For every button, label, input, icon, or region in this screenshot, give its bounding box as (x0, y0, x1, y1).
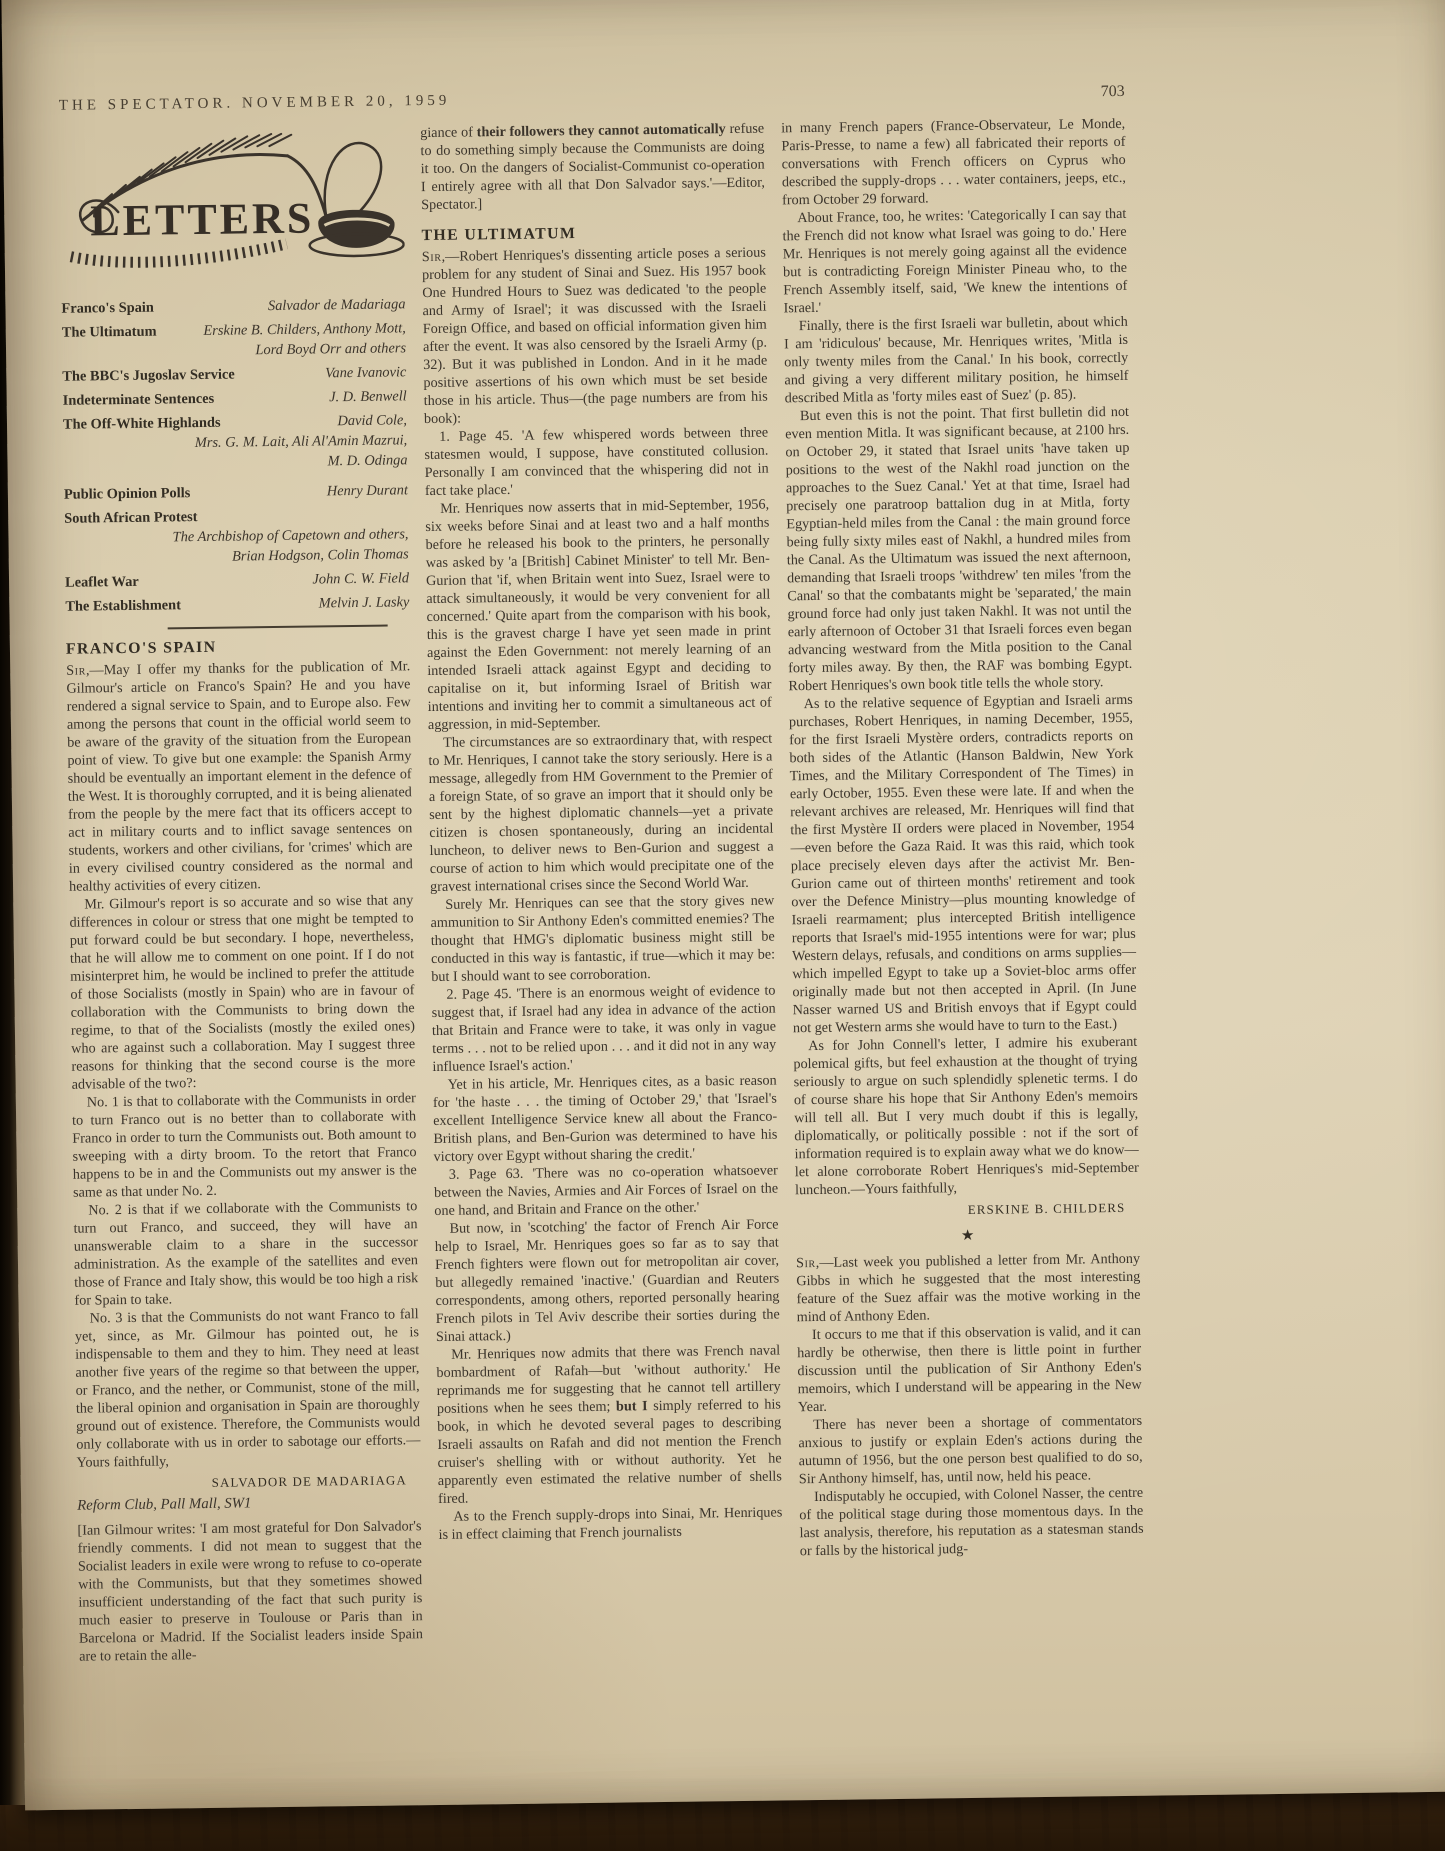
italic-text: The Times (1048, 764, 1112, 781)
italic-text: Nakhl (979, 603, 1014, 619)
bold-text: their followers they cannot automaticall… (477, 121, 726, 140)
photo-of-magazine-page: { "header":{"masthead":"THE SPECTATOR. N… (0, 0, 1445, 1851)
letter-paragraph: Finally, there is the first Israeli war … (784, 313, 1129, 407)
letter-paragraph: The circumstances are so extraordinary t… (428, 730, 774, 896)
letters-column-3: in many French papers (France-Observateu… (781, 115, 1145, 1656)
index-entry: Franco's SpainSalvador de Madariaga (61, 294, 405, 319)
smallcaps-text: Sir (66, 663, 86, 679)
letter-paragraph: No. 2 is that if we collaborate with the… (73, 1197, 418, 1309)
italic-text: French (911, 154, 951, 171)
index-entry-author: Brian Hodgson, Colin Thomas (65, 544, 409, 569)
letter-paragraph: 2. Page 45. 'There is an enormous weight… (431, 982, 776, 1076)
letter-paragraph: There has never been a shortage of comme… (798, 1412, 1143, 1488)
italic-text: inviting (513, 697, 557, 714)
index-entry-title: Franco's Spain (61, 298, 154, 319)
inkwell-icon (318, 209, 395, 248)
italic-text: plus (1112, 926, 1136, 942)
letters-column-2: giance of their followers they cannot au… (420, 120, 784, 1661)
page-content: THE SPECTATOR. NOVEMBER 20, 1959 703 (59, 83, 1145, 1666)
letter-paragraph: Mr. Gilmour's report is so accurate and … (69, 891, 416, 1093)
index-entry: South African ProtestThe Archbishop of C… (64, 504, 409, 568)
page-number: 703 (1101, 83, 1125, 101)
smallcaps-text: Sir (796, 1255, 816, 1271)
page-header: THE SPECTATOR. NOVEMBER 20, 1959 703 (59, 83, 1125, 115)
index-entry-title: Indeterminate Sentences (63, 389, 215, 411)
letters-column-1: LETTERS Franco's SpainSalvador de Madari… (59, 124, 423, 1665)
index-divider (168, 625, 388, 630)
index-entry-author: M. D. Odinga (63, 450, 407, 475)
italic-text: and did not mention (590, 1433, 712, 1451)
letter-paragraph: But even this is not the point. That fir… (785, 403, 1133, 695)
index-entry-title: South African Protest (64, 507, 198, 529)
italic-text: were (529, 1255, 557, 1271)
index-entry: The BBC's Jugoslav ServiceVane Ivanovic (62, 362, 406, 387)
letter-paragraph: It occurs to me that if this observation… (797, 1322, 1142, 1416)
letter-paragraph: No. 1 is that to collaborate with the Co… (72, 1089, 417, 1201)
index-entry-title: The Ultimatum (62, 322, 157, 343)
letter-heading: FRANCO'S SPAIN (66, 636, 410, 659)
index-entry-author: David Cole, (220, 410, 407, 432)
index-entry-title: Public Opinion Polls (64, 483, 191, 505)
italic-text: he personally (691, 533, 770, 550)
index-entry-title: The Off-White Highlands (63, 413, 221, 435)
letter-paragraph: 3. Page 63. 'There was no co-operation w… (434, 1161, 779, 1219)
letter-paragraph: in many French papers (France-Observateu… (781, 115, 1126, 209)
letter-paragraph: But now, in 'scotching' the factor of Fr… (434, 1215, 780, 1345)
letter-paragraph: Indisputably he occupied, with Colonel N… (799, 1484, 1144, 1560)
letter-paragraph: giance of their followers they cannot au… (420, 120, 765, 214)
index-entry-author: Melvin J. Lasky (181, 592, 410, 615)
index-entry: The EstablishmentMelvin J. Lasky (65, 592, 409, 617)
letter-paragraph: Mr. Henriques now asserts that in mid-Se… (425, 496, 772, 734)
sender-address: Reform Club, Pall Mall, SW1 (77, 1492, 421, 1515)
letter-paragraph: [Ian Gilmour writes: 'I am most grateful… (77, 1517, 423, 1665)
index-entry-author: Vane Ivanovic (235, 362, 407, 384)
italic-text: One Hundred Hours to Suez (422, 283, 592, 301)
quill-and-inkwell-illustration: LETTERS (59, 124, 405, 286)
letters-index: Franco's SpainSalvador de MadariagaThe U… (61, 294, 409, 616)
index-entry: Public Opinion PollsHenry Durant (64, 480, 408, 505)
italic-text: Spectator (421, 196, 474, 213)
column1-letters: FRANCO'S SPAINSir,—May I offer my thanks… (66, 636, 423, 1665)
index-entry-author: J. D. Benwell (214, 386, 407, 409)
signature: SALVADOR DE MADARIAGA (77, 1471, 421, 1494)
letter-paragraph: Sir,—Last week you published a letter fr… (796, 1250, 1141, 1326)
italic-text: east (921, 532, 943, 548)
italic-text: plus (917, 910, 941, 926)
letter-paragraph: As to the relative sequence of Egyptian … (789, 691, 1137, 1037)
italic-text: began (1098, 620, 1132, 636)
letter-paragraph: Yet in his article, Mr. Henriques cites,… (433, 1071, 778, 1165)
letter-heading: THE ULTIMATUM (421, 223, 765, 246)
letter-paragraph: Sir,—Robert Henriques's dissenting artic… (422, 244, 768, 428)
italic-text: mid-September (510, 715, 597, 732)
italic-text: as a basic reason (677, 1072, 777, 1089)
italic-text: plus (964, 892, 988, 908)
letter-paragraph: No. 3 is that the Communists do not want… (75, 1305, 421, 1471)
signature: ERSKINE B. CHILDERS (795, 1199, 1139, 1222)
index-entry-author: Salvador de Madariaga (154, 294, 406, 317)
index-entry-author: John C. W. Field (139, 568, 410, 592)
index-entry-title: The Establishment (65, 595, 181, 617)
letter-paragraph: As to the French supply-drops into Sinai… (438, 1503, 782, 1543)
index-entry: Leaflet WarJohn C. W. Field (65, 568, 409, 593)
bold-text: but I (616, 1398, 648, 1414)
magazine-page: THE SPECTATOR. NOVEMBER 20, 1959 703 (1, 0, 1445, 1810)
letter-paragraph: As for John Connell's letter, I admire h… (793, 1033, 1139, 1199)
italic-text: France-Observateur, Le Monde, Paris-Pres… (781, 116, 1125, 154)
italic-text: Guardian (647, 1272, 700, 1289)
italic-text: French (839, 119, 879, 136)
index-entry: Indeterminate SentencesJ. D. Benwell (63, 386, 407, 411)
index-entry-author: Henry Durant (190, 480, 408, 503)
masthead: THE SPECTATOR. NOVEMBER 20, 1959 (59, 93, 451, 115)
letter-paragraph: Surely Mr. Henriques can see that the st… (430, 892, 775, 986)
index-entry: The Off-White HighlandsDavid Cole,Mrs. G… (63, 410, 408, 474)
letter-paragraph: About France, too, he writes: 'Categoric… (782, 205, 1127, 317)
letters-banner: LETTERS (59, 124, 405, 286)
index-entry-title: The BBC's Jugoslav Service (62, 365, 235, 387)
letters-title: LETTERS (90, 193, 315, 245)
letter-paragraph: 1. Page 45. 'A few whispered words betwe… (424, 424, 769, 500)
italic-text: French (580, 1525, 620, 1542)
star-divider-icon: ★ (796, 1225, 1140, 1248)
letter-paragraph: Mr. Henriques now admits that there was … (436, 1341, 782, 1507)
smallcaps-text: Sir (422, 249, 442, 265)
italic-text: not (870, 227, 888, 243)
italic-text: was (676, 1344, 698, 1360)
letter-paragraph: Sir,—May I offer my thanks for the publi… (66, 657, 413, 895)
index-entry-title: Leaflet War (65, 572, 139, 593)
index-entry: The UltimatumErskine B. Childers, Anthon… (62, 318, 406, 362)
letter-columns: LETTERS Franco's SpainSalvador de Madari… (59, 115, 1145, 1666)
